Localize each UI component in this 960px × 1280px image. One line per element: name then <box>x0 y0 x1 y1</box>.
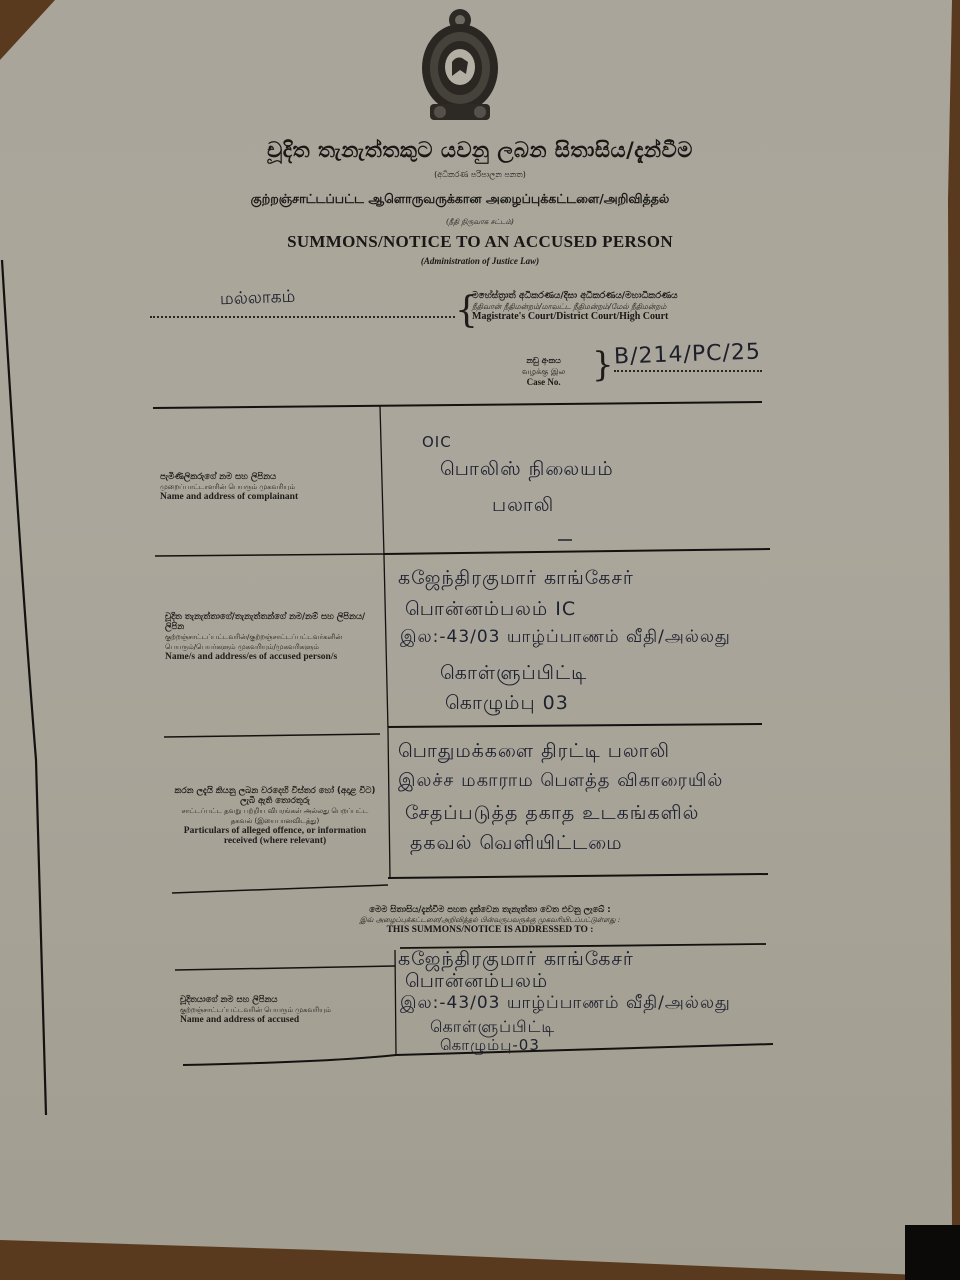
court-name-handwritten: மல்லாகம் <box>220 287 296 312</box>
case-number-label: නඩු අංකය வழக்கு இல Case No. <box>522 355 565 388</box>
national-emblem-icon <box>410 4 510 130</box>
case-label-tamil: வழக்கு இல <box>522 366 565 377</box>
complainant-line-1: OIC <box>422 433 452 451</box>
complainant-line-2: பொலிஸ் நிலையம் <box>440 458 614 483</box>
offence-label-tamil: சாட்டப்பட்ட தவறு பற்றிய விபரங்கள் அல்லது… <box>170 806 380 826</box>
subtitle-tamil: (நீதி நிருவாக சட்டம்) <box>235 218 725 227</box>
complainant-label-sinhala: පැමිණිලිකරුගේ නම සහ ලිපිනය <box>160 472 375 482</box>
court-name-field: மல்லாகம் <box>150 294 455 318</box>
title-sinhala: චූදිත තැනැත්තකුට යවනු ලබන සිතාසිය/දැන්වී… <box>235 138 725 163</box>
title-tamil: குற்றஞ்சாட்டப்பட்ட ஆளொருவருக்கான அழைப்பு… <box>170 191 750 208</box>
case-number-value: B/214/PC/25 <box>614 339 762 369</box>
accused-persons-line-1: கஜேந்திரகுமார் காங்கேசர் <box>398 567 634 592</box>
court-label-sinhala: මහේස්ත්‍රාත් අධිකරණය/දිසා අධිකරණය/මහාධික… <box>472 291 678 302</box>
accused-persons-line-2: பொன்னம்பலம் IC <box>405 598 576 623</box>
offence-particulars-label: කරන ලදැයි කියනු ලබන වරදෙහි විස්තර හෝ (අද… <box>170 786 380 846</box>
subtitle-sinhala: (අධිකරණ පරිපාලන පනත) <box>235 170 725 180</box>
addressed-to-heading: මෙම සිතාසිය/දැන්වීම පහත දැක්වෙන තැනැත්තා… <box>300 905 680 935</box>
accused-persons-label: චූදිත තැනැත්තාගේ/තැනැත්තන්ගේ නම/නම් සහ ල… <box>165 612 375 662</box>
title-english: SUMMONS/NOTICE TO AN ACCUSED PERSON <box>235 232 725 252</box>
case-number-dotted-line <box>614 370 762 372</box>
complainant-line-3: பலாலி <box>492 494 554 519</box>
accused-line-4: கொள்ளுப்பிட்டி <box>430 1017 555 1038</box>
offence-line-1: பொதுமக்களை திரட்டி பலாலி <box>398 740 670 765</box>
accused-persons-label-english: Name/s and address/es of accused person/… <box>165 652 375 662</box>
accused-line-3: இல:-43/03 யாழ்ப்பாணம் வீதி/அல்லது <box>400 993 731 1015</box>
addressed-to-tamil: இவ் அழைப்புக்கட்டளை/அறிவித்தல் பின்வருபவ… <box>300 915 680 925</box>
accused-line-5: கொழும்பு-03 <box>440 1036 540 1056</box>
brace-icon: } <box>592 345 614 385</box>
accused-label-tamil: குற்றஞ்சாட்டப்பட்டவரின் பெயரும் முகவரியு… <box>180 1005 390 1015</box>
accused-line-2: பொன்னம்பலம் <box>405 970 548 995</box>
accused-label-english: Name and address of accused <box>180 1015 390 1025</box>
court-type-label: මහේස්ත්‍රාත් අධිකරණය/දිසා අධිකරණය/මහාධික… <box>472 291 678 323</box>
background-shadow <box>905 1225 960 1280</box>
offence-line-2: இலச்ச மகாராம பௌத்த விகாரையில் <box>398 770 723 793</box>
court-label-english: Magistrate's Court/District Court/High C… <box>472 312 678 323</box>
offence-line-3: சேதப்படுத்த தகாத உடகங்களில் <box>405 802 699 827</box>
accused-persons-label-sinhala: චූදිත තැනැත්තාගේ/තැනැත්තන්ගේ නම/නම් සහ ල… <box>165 612 375 632</box>
case-label-english: Case No. <box>522 377 565 388</box>
complainant-label: පැමිණිලිකරුගේ නම සහ ලිපිනය முறைப்பாட்டாள… <box>160 472 375 502</box>
offence-line-4: தகவல் வெளியிட்டமை <box>410 832 623 857</box>
addressed-to-english: THIS SUMMONS/NOTICE IS ADDRESSED TO : <box>300 925 680 935</box>
addressed-to-sinhala: මෙම සිතාසිය/දැන්වීම පහත දැක්වෙන තැනැත්තා… <box>300 905 680 915</box>
complainant-label-tamil: முறைப்பாட்டாளரின் பெயரும் முகவரியும் <box>160 482 375 492</box>
case-label-sinhala: නඩු අංකය <box>522 355 565 366</box>
accused-label: චූදිතයාගේ නම සහ ලිපිනය குற்றஞ்சாட்டப்பட்… <box>180 995 390 1025</box>
accused-label-sinhala: චූදිතයාගේ නම සහ ලිපිනය <box>180 995 390 1005</box>
accused-persons-line-5: கொழும்பு 03 <box>445 692 569 717</box>
offence-label-sinhala: කරන ලදැයි කියනු ලබන වරදෙහි විස්තර හෝ (අද… <box>170 786 380 806</box>
complainant-label-english: Name and address of complainant <box>160 492 375 502</box>
subtitle-english: (Administration of Justice Law) <box>235 256 725 266</box>
accused-persons-line-4: கொள்ளுப்பிட்டி <box>440 662 587 687</box>
accused-persons-line-3: இல:-43/03 யாழ்ப்பாணம் வீதி/அல்லது <box>400 627 731 649</box>
accused-persons-label-tamil: குற்றஞ்சாட்டப்பட்டவரின்/குற்றஞ்சாட்டப்பட… <box>165 632 375 652</box>
offence-label-english: Particulars of alleged offence, or infor… <box>170 826 380 846</box>
